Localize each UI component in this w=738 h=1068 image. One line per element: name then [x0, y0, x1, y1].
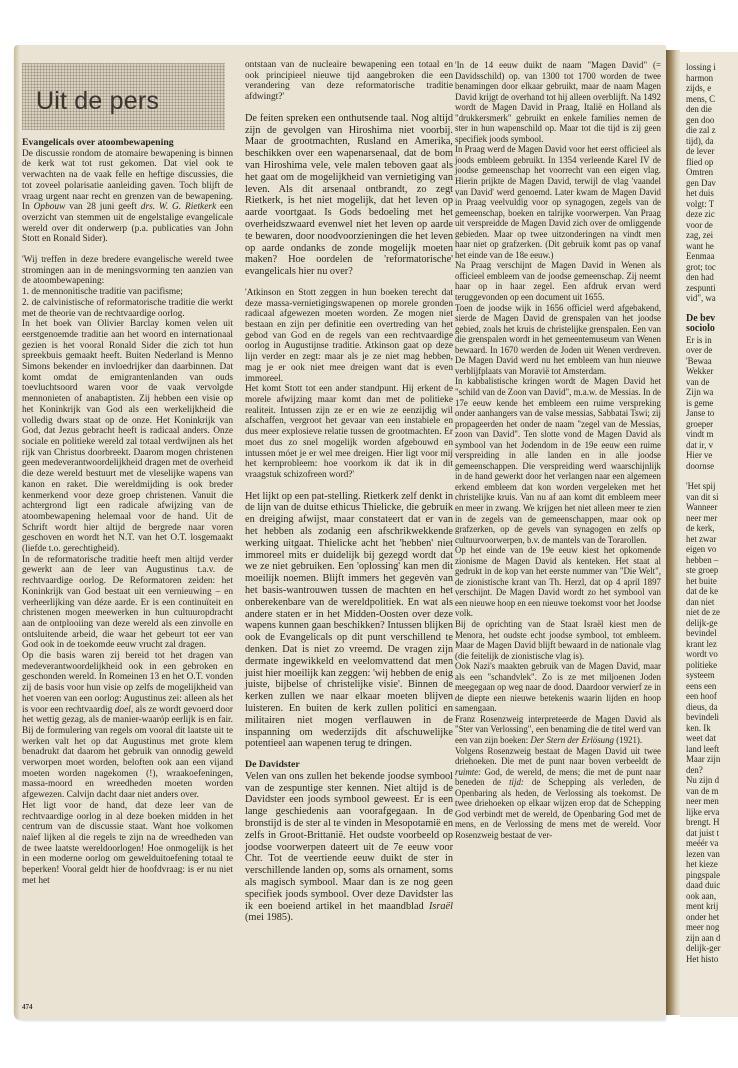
text-line-fragment: dat de ke — [686, 586, 738, 597]
text-line-fragment: harmon — [686, 73, 738, 84]
right-page-column: lossing iharmonzijds, emens, Cden diegen… — [686, 62, 738, 964]
intro-paragraph: De discussie rondom de atomaire bewapeni… — [22, 149, 233, 245]
text-line-fragment: gen doo — [686, 115, 738, 126]
text-line-fragment: neer men — [686, 796, 738, 807]
text-line-fragment: 'Het spij — [686, 481, 738, 492]
text-line-fragment: groeper — [686, 419, 738, 430]
text-line-fragment: doornse — [686, 461, 738, 472]
text-line-fragment: het kieze — [686, 859, 738, 870]
text-line-fragment: voor de — [686, 220, 738, 231]
text-line-fragment: dat juist t — [686, 828, 738, 839]
text-line-fragment: zijds, e — [686, 83, 738, 94]
text-line-fragment: Maar zijn — [686, 754, 738, 765]
body-paragraph: Het ligt voor de hand, dat deze leer van… — [22, 801, 233, 887]
text-line-fragment: ment krij — [686, 901, 738, 912]
text-line-fragment: systeem — [686, 670, 738, 681]
text-line-fragment: lijke erva — [686, 807, 738, 818]
text-line-fragment: ook aan, — [686, 891, 738, 902]
quote-paragraph: 'Wij treffen in deze bredere evangelisch… — [22, 255, 233, 287]
text-line-fragment: het buite — [686, 576, 738, 587]
text-line-fragment: hebben – — [686, 555, 738, 566]
text-line-fragment: pingspale — [686, 870, 738, 881]
text-line-fragment: den? — [686, 765, 738, 776]
text-line-fragment: zijn aan d — [686, 933, 738, 944]
text-line-fragment: over de — [686, 345, 738, 356]
text-line-fragment: de kerk, — [686, 523, 738, 534]
text-line-fragment: een hoof — [686, 691, 738, 702]
text-line-fragment: volgt: T — [686, 199, 738, 210]
article-heading-davidster: De Davidster — [245, 760, 453, 771]
text-line-fragment: brengt. H — [686, 817, 738, 828]
body-paragraph: Na Praag verschijnt de Magen David in We… — [455, 260, 661, 302]
text-line-fragment: flied op — [686, 157, 738, 168]
text-line-fragment: is geme — [686, 398, 738, 409]
body-paragraph: Toen de joodse wijk in 1656 officiel wer… — [455, 303, 661, 377]
text-line-fragment: neer mer — [686, 513, 738, 524]
list-item: 2. de calvinistische of reformatorische … — [22, 298, 233, 319]
text-line-fragment: van de — [686, 377, 738, 388]
text-line-fragment: van dit si — [686, 492, 738, 503]
body-paragraph: Volgens Rosenzweig bestaat de Magen Davi… — [455, 746, 661, 841]
page-number: 474 — [22, 1003, 33, 1011]
list-item: 1. de mennonitische traditie van pacifis… — [22, 287, 233, 298]
text-line-fragment: gen Dav — [686, 178, 738, 189]
text-line-fragment: Janse to — [686, 408, 738, 419]
text-line-fragment: bevindeli — [686, 712, 738, 723]
fragment-block-mid: Er is inover de'BewaaWekkervan deZijn wa… — [686, 335, 738, 472]
text-line-fragment: eens een — [686, 681, 738, 692]
text-line-fragment: dat ir, v — [686, 440, 738, 451]
text-line-fragment: die zal z — [686, 125, 738, 136]
text-line-fragment: bevindel — [686, 628, 738, 639]
column-3: 'In de 14 eeuw duikt de naam "Magen Davi… — [455, 60, 661, 840]
body-paragraph: Op die basis waren zij bereid tot het dr… — [22, 651, 233, 801]
column-1: Evangelicals over atoombewapening De dis… — [22, 70, 233, 887]
body-paragraph: Bij de oprichting van de Staat Israël ki… — [455, 619, 661, 661]
body-paragraph: Op het einde van de 19e eeuw kiest het o… — [455, 545, 661, 619]
text-line-fragment: Zijn wa — [686, 387, 738, 398]
body-paragraph: Het lijkt op een pat-stelling. Rietkerk … — [245, 491, 453, 751]
text-line-fragment: grot; toc — [686, 262, 738, 273]
text-line-fragment: deze zic — [686, 209, 738, 220]
text-line-fragment: krant lez — [686, 639, 738, 650]
body-paragraph: De feiten spreken een onthutsende taal. … — [245, 113, 453, 278]
body-paragraph: In kabbalistische kringen wordt de Magen… — [455, 376, 661, 545]
text-line-fragment: daad duic — [686, 880, 738, 891]
text-line-fragment: delijk-ge — [686, 618, 738, 629]
text-line-fragment: vid", wa — [686, 293, 738, 304]
article-heading-atoombewapening: Evangelicals over atoombewapening — [22, 138, 233, 149]
text-line-fragment: den had — [686, 272, 738, 283]
text-line-fragment: ste groep — [686, 565, 738, 576]
quote-paragraph: Het komt Stott tot een ander standpunt. … — [245, 384, 453, 480]
text-line-fragment: wordt vo — [686, 649, 738, 660]
text-line-fragment: Het histo — [686, 954, 738, 965]
fragment-block-top: lossing iharmonzijds, emens, Cden diegen… — [686, 62, 738, 304]
text-line-fragment: mens, C — [686, 94, 738, 105]
text-line-fragment: ken. Ik — [686, 723, 738, 734]
text-line-fragment: tijd), da — [686, 136, 738, 147]
text-line-fragment: van de m — [686, 786, 738, 797]
text-line-fragment: dieus, da — [686, 702, 738, 713]
text-line-fragment: sociolo — [686, 324, 738, 335]
body-paragraph: Franz Rosenzweig interpreteerde de Magen… — [455, 714, 661, 746]
quote-continuation: ontstaan van de nucleaire bewapening een… — [245, 60, 453, 103]
text-line-fragment: onder het — [686, 912, 738, 923]
quote-paragraph: 'Atkinson en Stott zeggen in hun boeken … — [245, 288, 453, 384]
text-line-fragment: de lever — [686, 146, 738, 157]
text-line-fragment: Hier ve — [686, 450, 738, 461]
text-line-fragment: het zwar — [686, 534, 738, 545]
text-line-fragment: want he — [686, 241, 738, 252]
text-line-fragment: Nu zijn d — [686, 775, 738, 786]
body-paragraph: Ook Nazi's maakten gebruik van de Magen … — [455, 661, 661, 714]
text-line-fragment: lossing i — [686, 62, 738, 73]
section-heading-fragment: De bevsociolo — [686, 314, 738, 335]
body-paragraph: In de reformatorische traditie heeft men… — [22, 555, 233, 651]
book-gutter — [666, 50, 680, 1015]
text-line-fragment: zespunti — [686, 283, 738, 294]
text-line-fragment: meer nog — [686, 922, 738, 933]
text-line-fragment: land leeft — [686, 744, 738, 755]
text-line-fragment: vindt m — [686, 429, 738, 440]
text-line-fragment: weet dat — [686, 733, 738, 744]
text-line-fragment: eigen vo — [686, 544, 738, 555]
text-line-fragment: niet de ze — [686, 607, 738, 618]
body-paragraph: Velen van ons zullen het bekende joodse … — [245, 771, 453, 924]
text-line-fragment: Wekker — [686, 366, 738, 377]
text-line-fragment: lezen van — [686, 849, 738, 860]
text-line-fragment: dan niet — [686, 597, 738, 608]
text-line-fragment: Wanneer — [686, 502, 738, 513]
body-paragraph: In Praag werd de Magen David voor het ee… — [455, 144, 661, 260]
text-line-fragment: zag, zei — [686, 230, 738, 241]
text-line-fragment: het duis — [686, 188, 738, 199]
fragment-block-quote: 'Het spijvan dit siWanneerneer merde ker… — [686, 481, 738, 964]
body-paragraph: In het boek van Olivier Barclay komen ve… — [22, 319, 233, 554]
text-line-fragment: Omtren — [686, 167, 738, 178]
text-line-fragment: delijk-ger — [686, 943, 738, 954]
text-line-fragment: meéér va — [686, 838, 738, 849]
body-paragraph: 'In de 14 eeuw duikt de naam "Magen Davi… — [455, 60, 661, 144]
text-line-fragment: den die — [686, 104, 738, 115]
text-line-fragment: politieke — [686, 660, 738, 671]
text-line-fragment: Eenmaa — [686, 251, 738, 262]
text-line-fragment: Er is in — [686, 335, 738, 346]
column-2: ontstaan van de nucleaire bewapening een… — [245, 60, 453, 924]
text-line-fragment: 'Bewaa — [686, 356, 738, 367]
